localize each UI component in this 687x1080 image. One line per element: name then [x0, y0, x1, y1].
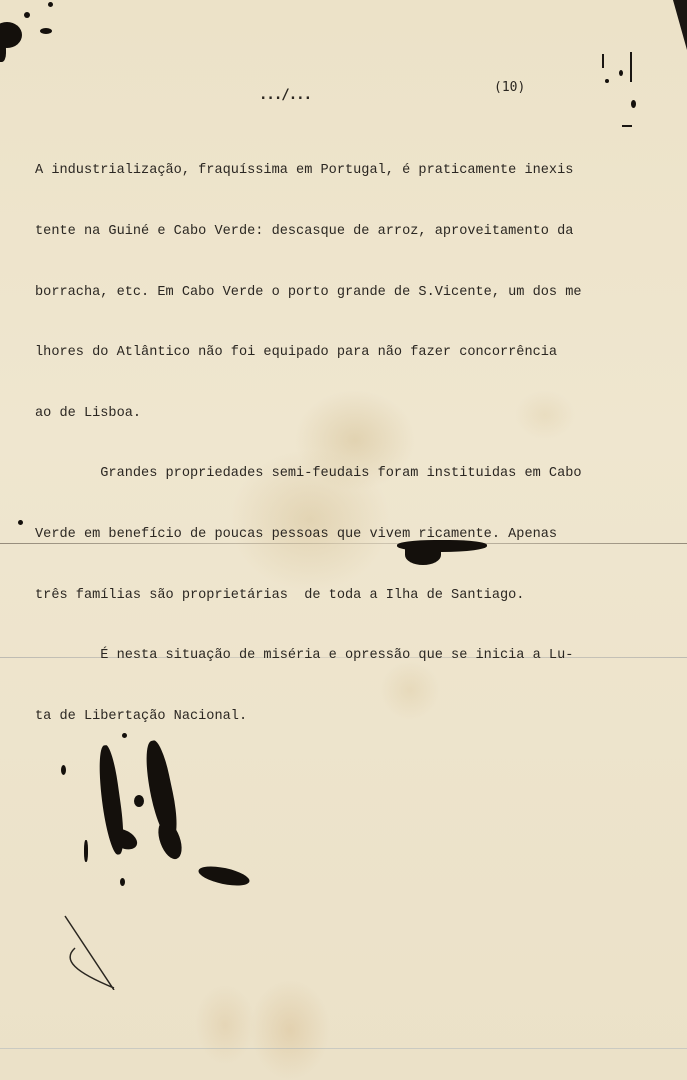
torn-corner [673, 0, 687, 50]
fold-line [0, 1048, 687, 1049]
document-page: .../... (10) A industrialização, fraquís… [0, 0, 687, 1080]
continuation-mark: .../... [259, 87, 311, 103]
text-line: ao de Lisboa. [35, 404, 565, 424]
text-line: Verde em benefício de poucas pessoas que… [35, 525, 565, 545]
pencil-mark [60, 910, 120, 990]
text-line: três famílias são proprietárias de toda … [35, 586, 565, 606]
text-line: A industrialização, fraquíssima em Portu… [35, 161, 565, 181]
text-line: tente na Guiné e Cabo Verde: descasque d… [35, 222, 565, 242]
page-number: (10) [494, 80, 525, 95]
text-line: É nesta situação de miséria e opressão q… [35, 646, 565, 666]
text-line: ta de Libertação Nacional. [35, 707, 565, 727]
text-line: Grandes propriedades semi-feudais foram … [35, 464, 565, 484]
text-line: lhores do Atlântico não foi equipado par… [35, 343, 565, 363]
text-line: borracha, etc. Em Cabo Verde o porto gra… [35, 283, 565, 303]
typed-body-text: A industrialização, fraquíssima em Portu… [35, 121, 565, 767]
